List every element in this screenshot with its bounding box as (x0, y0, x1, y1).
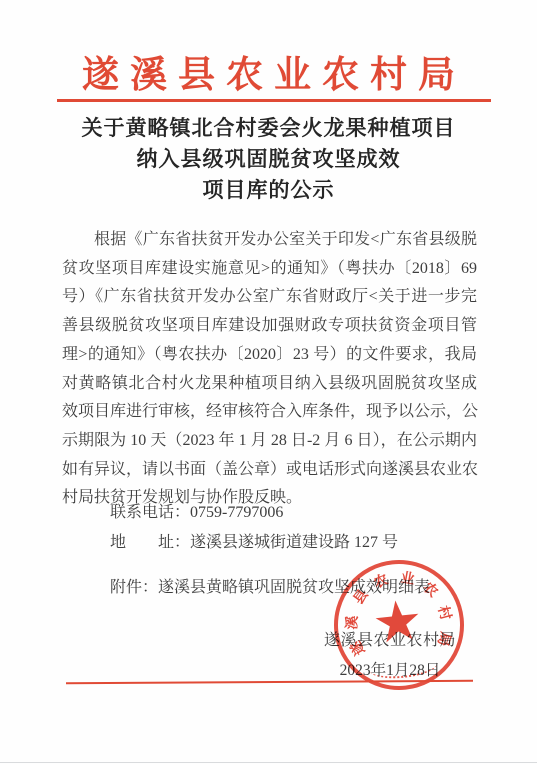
contact-phone-value: 0759-7797006 (190, 504, 283, 521)
title-line-2: 纳入县级巩固脱贫攻坚成效 (0, 144, 537, 175)
footer-divider (66, 680, 473, 684)
body-line: 示期限为 10 天（2023 年 1 月 28 日-2 月 6 日），在公示期内 (62, 427, 477, 456)
contact-address: 地 址：遂溪县遂城街道建设路 127 号 (62, 528, 477, 558)
document-page: 遂溪县农业农村局 关于黄略镇北合村委会火龙果种植项目 纳入县级巩固脱贫攻坚成效 … (0, 0, 537, 764)
contact-address-label: 地 址： (110, 534, 190, 551)
body-line: 对黄略镇北合村火龙果种植项目纳入县级巩固脱贫攻坚成 (62, 370, 477, 399)
contact-block: 联系电话：0759-7797006 地 址：遂溪县遂城街道建设路 127 号 (62, 498, 477, 558)
contact-address-value: 遂溪县遂城街道建设路 127 号 (190, 534, 398, 551)
page-bottom-edge (0, 762, 537, 763)
body-line: 根据《广东省扶贫开发办公室关于印发<广东省县级脱 (62, 226, 477, 255)
attachment-value: 遂溪县黄略镇巩固脱贫攻坚成效明细表 (158, 579, 430, 596)
letterhead-title: 遂溪县农业农村局 (0, 44, 537, 98)
document-title: 关于黄略镇北合村委会火龙果种植项目 纳入县级巩固脱贫攻坚成效 项目库的公示 (0, 113, 537, 206)
body-line: 贫攻坚项目库建设实施意见>的通知》（粤扶办〔2018〕69 (62, 255, 477, 284)
attachment-line: 附件：遂溪县黄略镇巩固脱贫攻坚成效明细表 (62, 577, 477, 599)
body-line: 善县级脱贫攻坚项目库建设加强财政专项扶贫资金项目管 (62, 312, 477, 341)
signature-org: 遂溪县农业农村局 (315, 630, 465, 652)
body-line: 效项目库进行审核，经审核符合入库条件，现予以公示，公 (62, 398, 477, 427)
letterhead-divider (57, 99, 491, 102)
signature-block: 遂溪县农业农村局 2023年1月28日 (315, 630, 465, 682)
contact-phone: 联系电话：0759-7797006 (62, 498, 477, 528)
body-line: 号）《广东省扶贫开发办公室广东省财政厅<关于进一步完 (62, 283, 477, 312)
contact-phone-label: 联系电话： (110, 504, 190, 521)
signature-date: 2023年1月28日 (315, 660, 465, 682)
seal-arc-char: 村 (435, 604, 452, 621)
attachment-label: 附件： (110, 579, 158, 596)
body-text: 根据《广东省扶贫开发办公室关于印发<广东省县级脱 贫攻坚项目库建设实施意见>的通… (62, 226, 477, 513)
body-line: 理>的通知》（粤农扶办〔2020〕23 号）的文件要求，我局 (62, 341, 477, 370)
title-line-1: 关于黄略镇北合村委会火龙果种植项目 (0, 113, 537, 144)
title-line-3: 项目库的公示 (0, 175, 537, 206)
seal-arc-char: 溪 (346, 615, 361, 630)
body-line: 如有异议，请以书面（盖公章）或电话形式向遂溪县农业农 (62, 456, 477, 485)
